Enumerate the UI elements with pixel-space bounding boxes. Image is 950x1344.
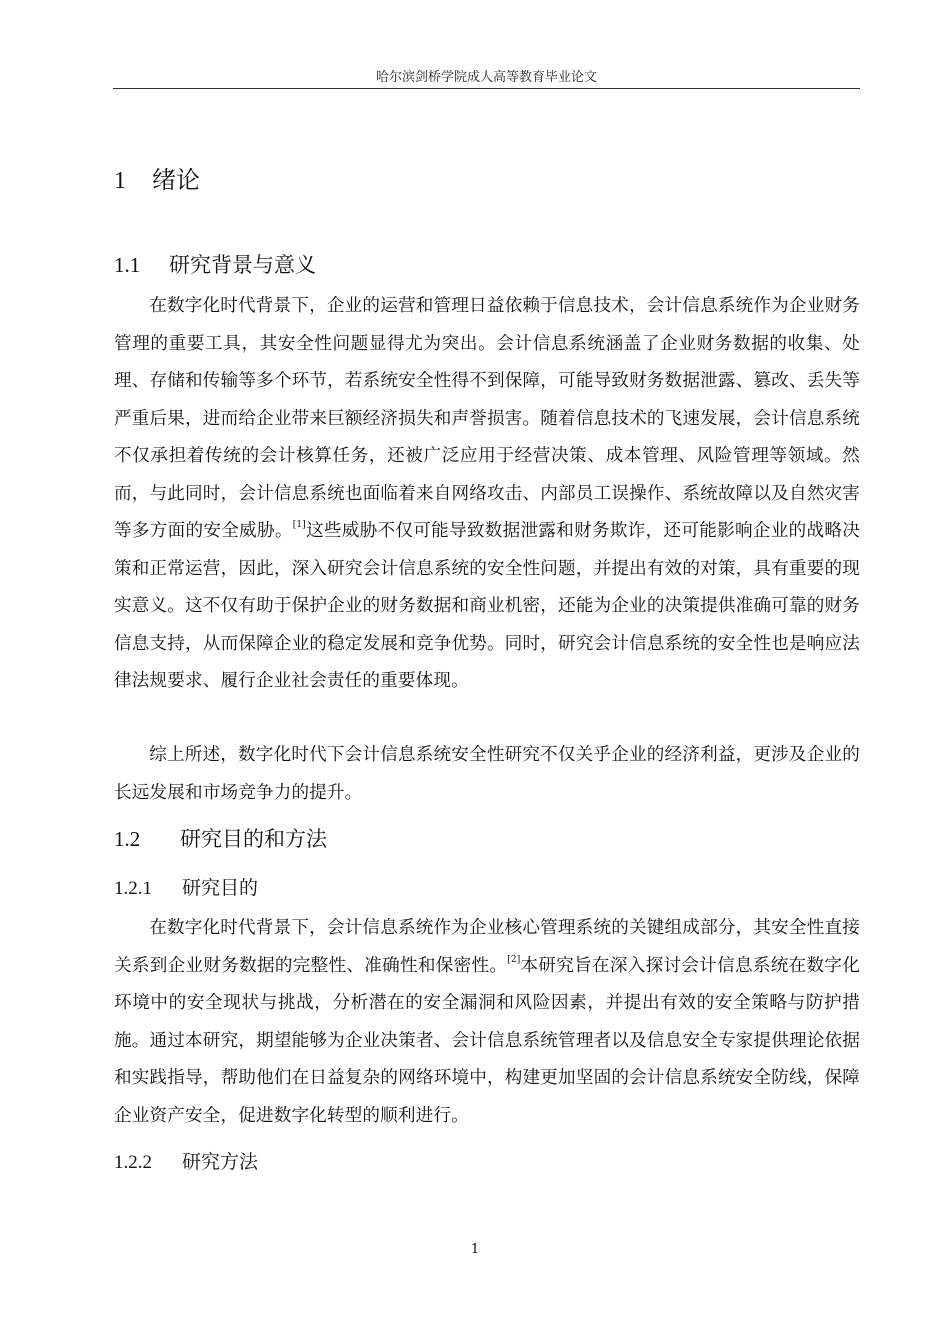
- section-heading-1-1: 1.1 研究背景与意义: [114, 249, 316, 279]
- chapter-title: 绪论: [152, 160, 200, 195]
- chapter-number: 1: [114, 168, 126, 195]
- paragraph-text: 综上所述，数字化时代下会计信息系统安全性研究不仅关乎企业的经济利益，更涉及企业的…: [114, 745, 860, 803]
- header-rule: [113, 88, 860, 89]
- paragraph-text: 本研究旨在深入探讨会计信息系统在数字化环境中的安全现状与挑战，分析潜在的安全漏洞…: [114, 956, 860, 1126]
- paragraph-purpose: 在数字化时代背景下，会计信息系统作为企业核心管理系统的关键组成部分，其安全性直接…: [114, 910, 860, 1135]
- section-title: 研究背景与意义: [169, 249, 316, 279]
- running-header: 哈尔滨剑桥学院成人高等教育毕业论文: [113, 66, 860, 85]
- subsection-heading-1-2-1: 1.2.1 研究目的: [114, 873, 258, 900]
- paragraph-background: 在数字化时代背景下，企业的运营和管理日益依赖于信息技术，会计信息系统作为企业财务…: [114, 288, 860, 701]
- section-heading-1-2: 1.2 研究目的和方法: [114, 823, 327, 853]
- subsection-number: 1.2.2: [114, 1152, 182, 1174]
- section-number: 1.1: [114, 253, 169, 278]
- subsection-title: 研究目的: [182, 873, 258, 900]
- paragraph-text: 在数字化时代背景下，企业的运营和管理日益依赖于信息技术，会计信息系统作为企业财务…: [114, 296, 860, 541]
- subsection-heading-1-2-2: 1.2.2 研究方法: [114, 1147, 258, 1174]
- citation-1[interactable]: [1]: [293, 520, 306, 530]
- subsection-number: 1.2.1: [114, 878, 182, 900]
- page-number: 1: [0, 1242, 950, 1257]
- paragraph-text: 这些威胁不仅可能导致数据泄露和财务欺诈，还可能影响企业的战略决策和正常运营，因此…: [114, 521, 860, 691]
- chapter-heading: 1 绪论: [114, 160, 200, 195]
- paragraph-summary: 综上所述，数字化时代下会计信息系统安全性研究不仅关乎企业的经济利益，更涉及企业的…: [114, 737, 860, 812]
- citation-2[interactable]: [2]: [507, 955, 520, 965]
- section-number: 1.2: [114, 827, 180, 852]
- subsection-title: 研究方法: [182, 1147, 258, 1174]
- section-title: 研究目的和方法: [180, 823, 327, 853]
